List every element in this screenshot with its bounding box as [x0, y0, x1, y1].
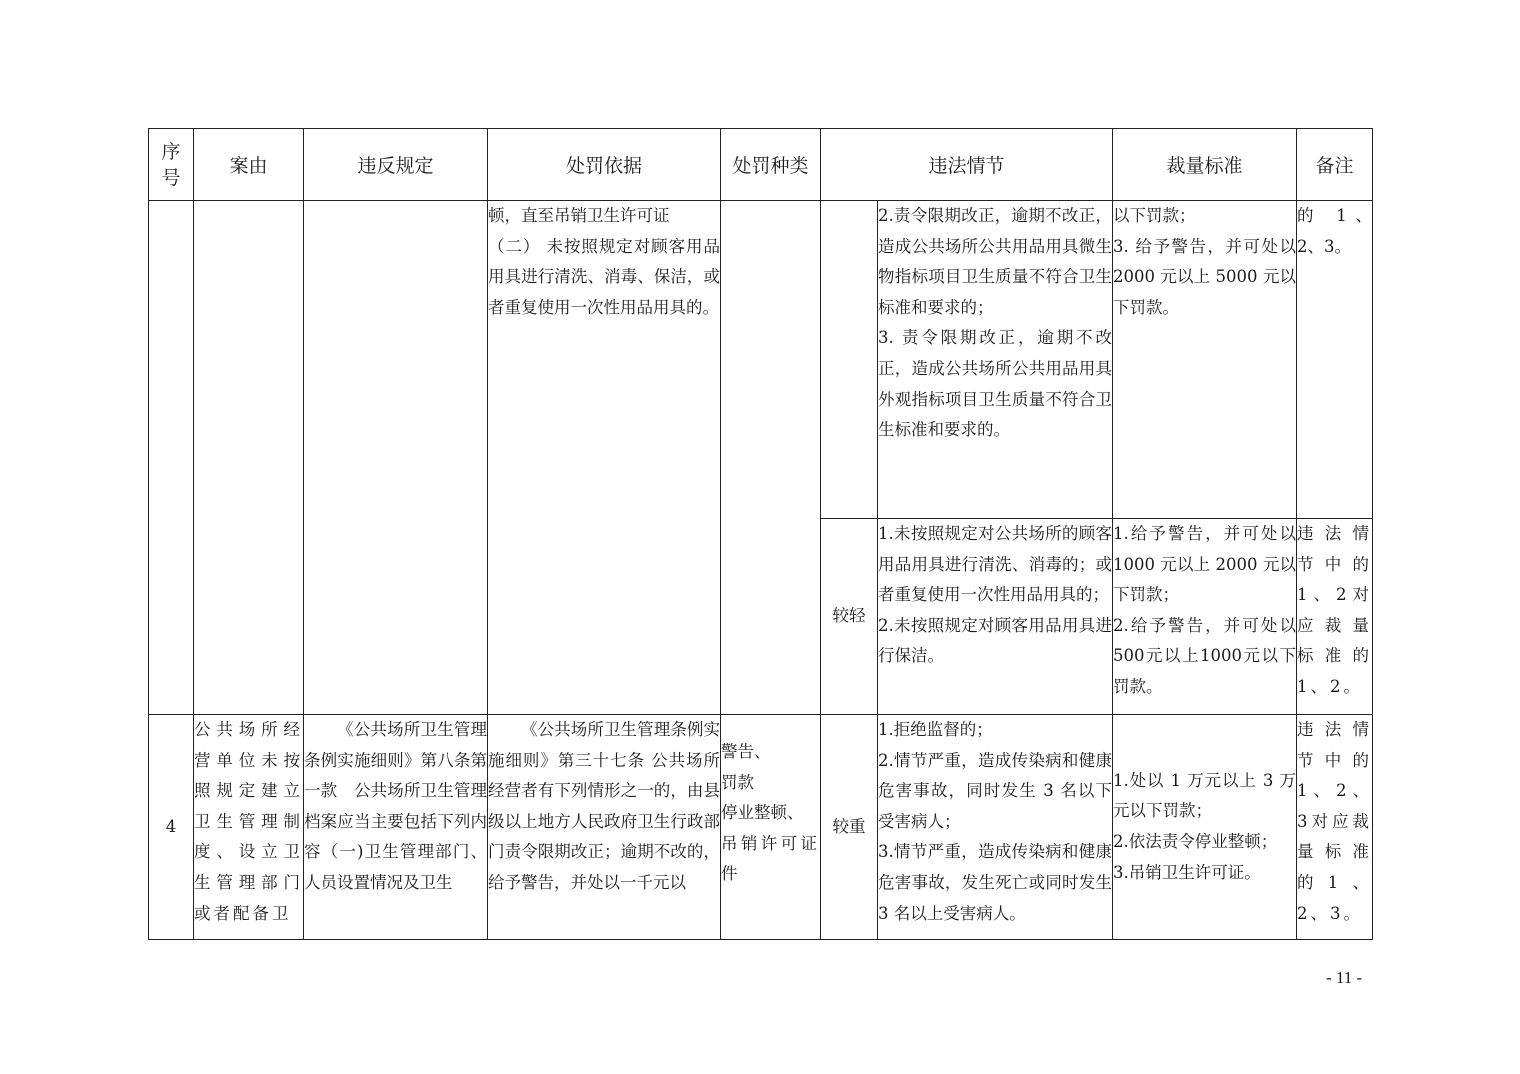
basis-cell: 顿，直至吊销卫生许可证 （二） 未按照规定对顾客用品用具进行清洗、消毒、保洁，或…	[488, 201, 721, 715]
header-penalty-type: 处罚种类	[721, 129, 821, 201]
penalty-type-item: 罚款	[721, 768, 820, 799]
circumstance-item: 3.情节严重，造成传染病和健康危害事故，发生死亡或同时发生 3 名以上受害病人。	[878, 837, 1112, 929]
header-seq: 序 号	[149, 129, 194, 201]
penalty-type-item: 吊销许可证件	[721, 829, 820, 890]
cause-cell	[194, 201, 304, 715]
remark-cell: 违法情节中的1、2、3对应裁量标准的1、2、3。	[1297, 715, 1373, 940]
header-basis: 处罚依据	[488, 129, 721, 201]
circumstances-cell: 2.责令限期改正，逾期不改正，造成公共场所公共用品用具微生物指标项目卫生质量不符…	[878, 201, 1113, 519]
basis-line: （二） 未按照规定对顾客用品用具进行清洗、消毒、保洁，或者重复使用一次性用品用具…	[488, 232, 720, 324]
page-number: - 11 -	[1326, 968, 1362, 988]
seq-cell	[149, 201, 194, 715]
circumstance-item: 1.未按照规定对公共场所的顾客用品用具进行清洗、消毒的；或者重复使用一次性用品用…	[878, 519, 1112, 611]
level-cell: 较重	[821, 715, 878, 940]
circumstance-item: 2.责令限期改正，逾期不改正，造成公共场所公共用品用具微生物指标项目卫生质量不符…	[878, 201, 1112, 323]
seq-cell: 4	[149, 715, 194, 940]
violation-cell	[304, 201, 488, 715]
header-cause: 案由	[194, 129, 304, 201]
header-row: 序 号 案由 违反规定 处罚依据 处罚种类 违法情节 裁量标准 备注	[149, 129, 1373, 201]
penalty-type-item: 停业整顿、	[721, 798, 820, 829]
standard-item: 以下罚款；	[1113, 201, 1296, 232]
header-remark: 备注	[1297, 129, 1373, 201]
header-circumstances: 违法情节	[821, 129, 1113, 201]
basis-line: 顿，直至吊销卫生许可证	[488, 201, 720, 232]
remark-cell: 违法情节中的1、2对应裁量标准的1、2。	[1297, 519, 1373, 715]
remark-cell: 的 1、2、3。	[1297, 201, 1373, 519]
standard-item: 3. 给予警告，并可处以 2000 元以上 5000 元以下罚款。	[1113, 232, 1296, 324]
level-cell	[821, 201, 878, 519]
table-row: 4 公共场所经营单位未按照规定建立卫生管理制度、设立卫生管理部门或者配备卫 《公…	[149, 715, 1373, 940]
level-cell: 较轻	[821, 519, 878, 715]
circumstance-item: 1.拒绝监督的；	[878, 715, 1112, 746]
circumstance-item: 2.未按照规定对顾客用品用具进行保洁。	[878, 611, 1112, 672]
standard-item: 1.处以 1 万元以上 3 万元以下罚款；	[1113, 766, 1296, 827]
penalty-type-cell: 警告、 罚款 停业整顿、 吊销许可证件	[721, 715, 821, 940]
penalty-discretion-table: 序 号 案由 违反规定 处罚依据 处罚种类 违法情节 裁量标准 备注 顿，直至吊…	[148, 128, 1373, 940]
header-violation: 违反规定	[304, 129, 488, 201]
header-seq-line1: 序	[161, 141, 180, 163]
standard-item: 3.吊销卫生许可证。	[1113, 858, 1296, 889]
circumstances-cell: 1.拒绝监督的； 2.情节严重，造成传染病和健康危害事故，同时发生 3 名以下受…	[878, 715, 1113, 940]
standard-cell: 1.处以 1 万元以上 3 万元以下罚款； 2.依法责令停业整顿； 3.吊销卫生…	[1113, 715, 1297, 940]
header-standard: 裁量标准	[1113, 129, 1297, 201]
standard-cell: 以下罚款； 3. 给予警告，并可处以 2000 元以上 5000 元以下罚款。	[1113, 201, 1297, 519]
standard-item: 1.给予警告，并可处以 1000 元以上 2000 元以下罚款；	[1113, 519, 1296, 611]
penalty-type-cell	[721, 201, 821, 715]
basis-cell: 《公共场所卫生管理条例实施细则》第三十七条 公共场所经营者有下列情形之一的，由县…	[488, 715, 721, 940]
circumstance-item: 2.情节严重，造成传染病和健康危害事故，同时发生 3 名以下受害病人；	[878, 746, 1112, 838]
circumstances-cell: 1.未按照规定对公共场所的顾客用品用具进行清洗、消毒的；或者重复使用一次性用品用…	[878, 519, 1113, 715]
standard-item: 2.给予警告，并可处以500元以上1000元以下罚款。	[1113, 611, 1296, 703]
violation-cell: 《公共场所卫生管理条例实施细则》第八条第一款 公共场所卫生管理档案应当主要包括下…	[304, 715, 488, 940]
penalty-type-item: 警告、	[721, 737, 820, 768]
circumstance-item: 3. 责令限期改正，逾期不改正，造成公共场所公共用品用具外观指标项目卫生质量不符…	[878, 323, 1112, 445]
table-row: 顿，直至吊销卫生许可证 （二） 未按照规定对顾客用品用具进行清洗、消毒、保洁，或…	[149, 201, 1373, 519]
cause-cell: 公共场所经营单位未按照规定建立卫生管理制度、设立卫生管理部门或者配备卫	[194, 715, 304, 940]
standard-item: 2.依法责令停业整顿；	[1113, 827, 1296, 858]
standard-cell: 1.给予警告，并可处以 1000 元以上 2000 元以下罚款； 2.给予警告，…	[1113, 519, 1297, 715]
header-seq-line2: 号	[161, 167, 180, 189]
